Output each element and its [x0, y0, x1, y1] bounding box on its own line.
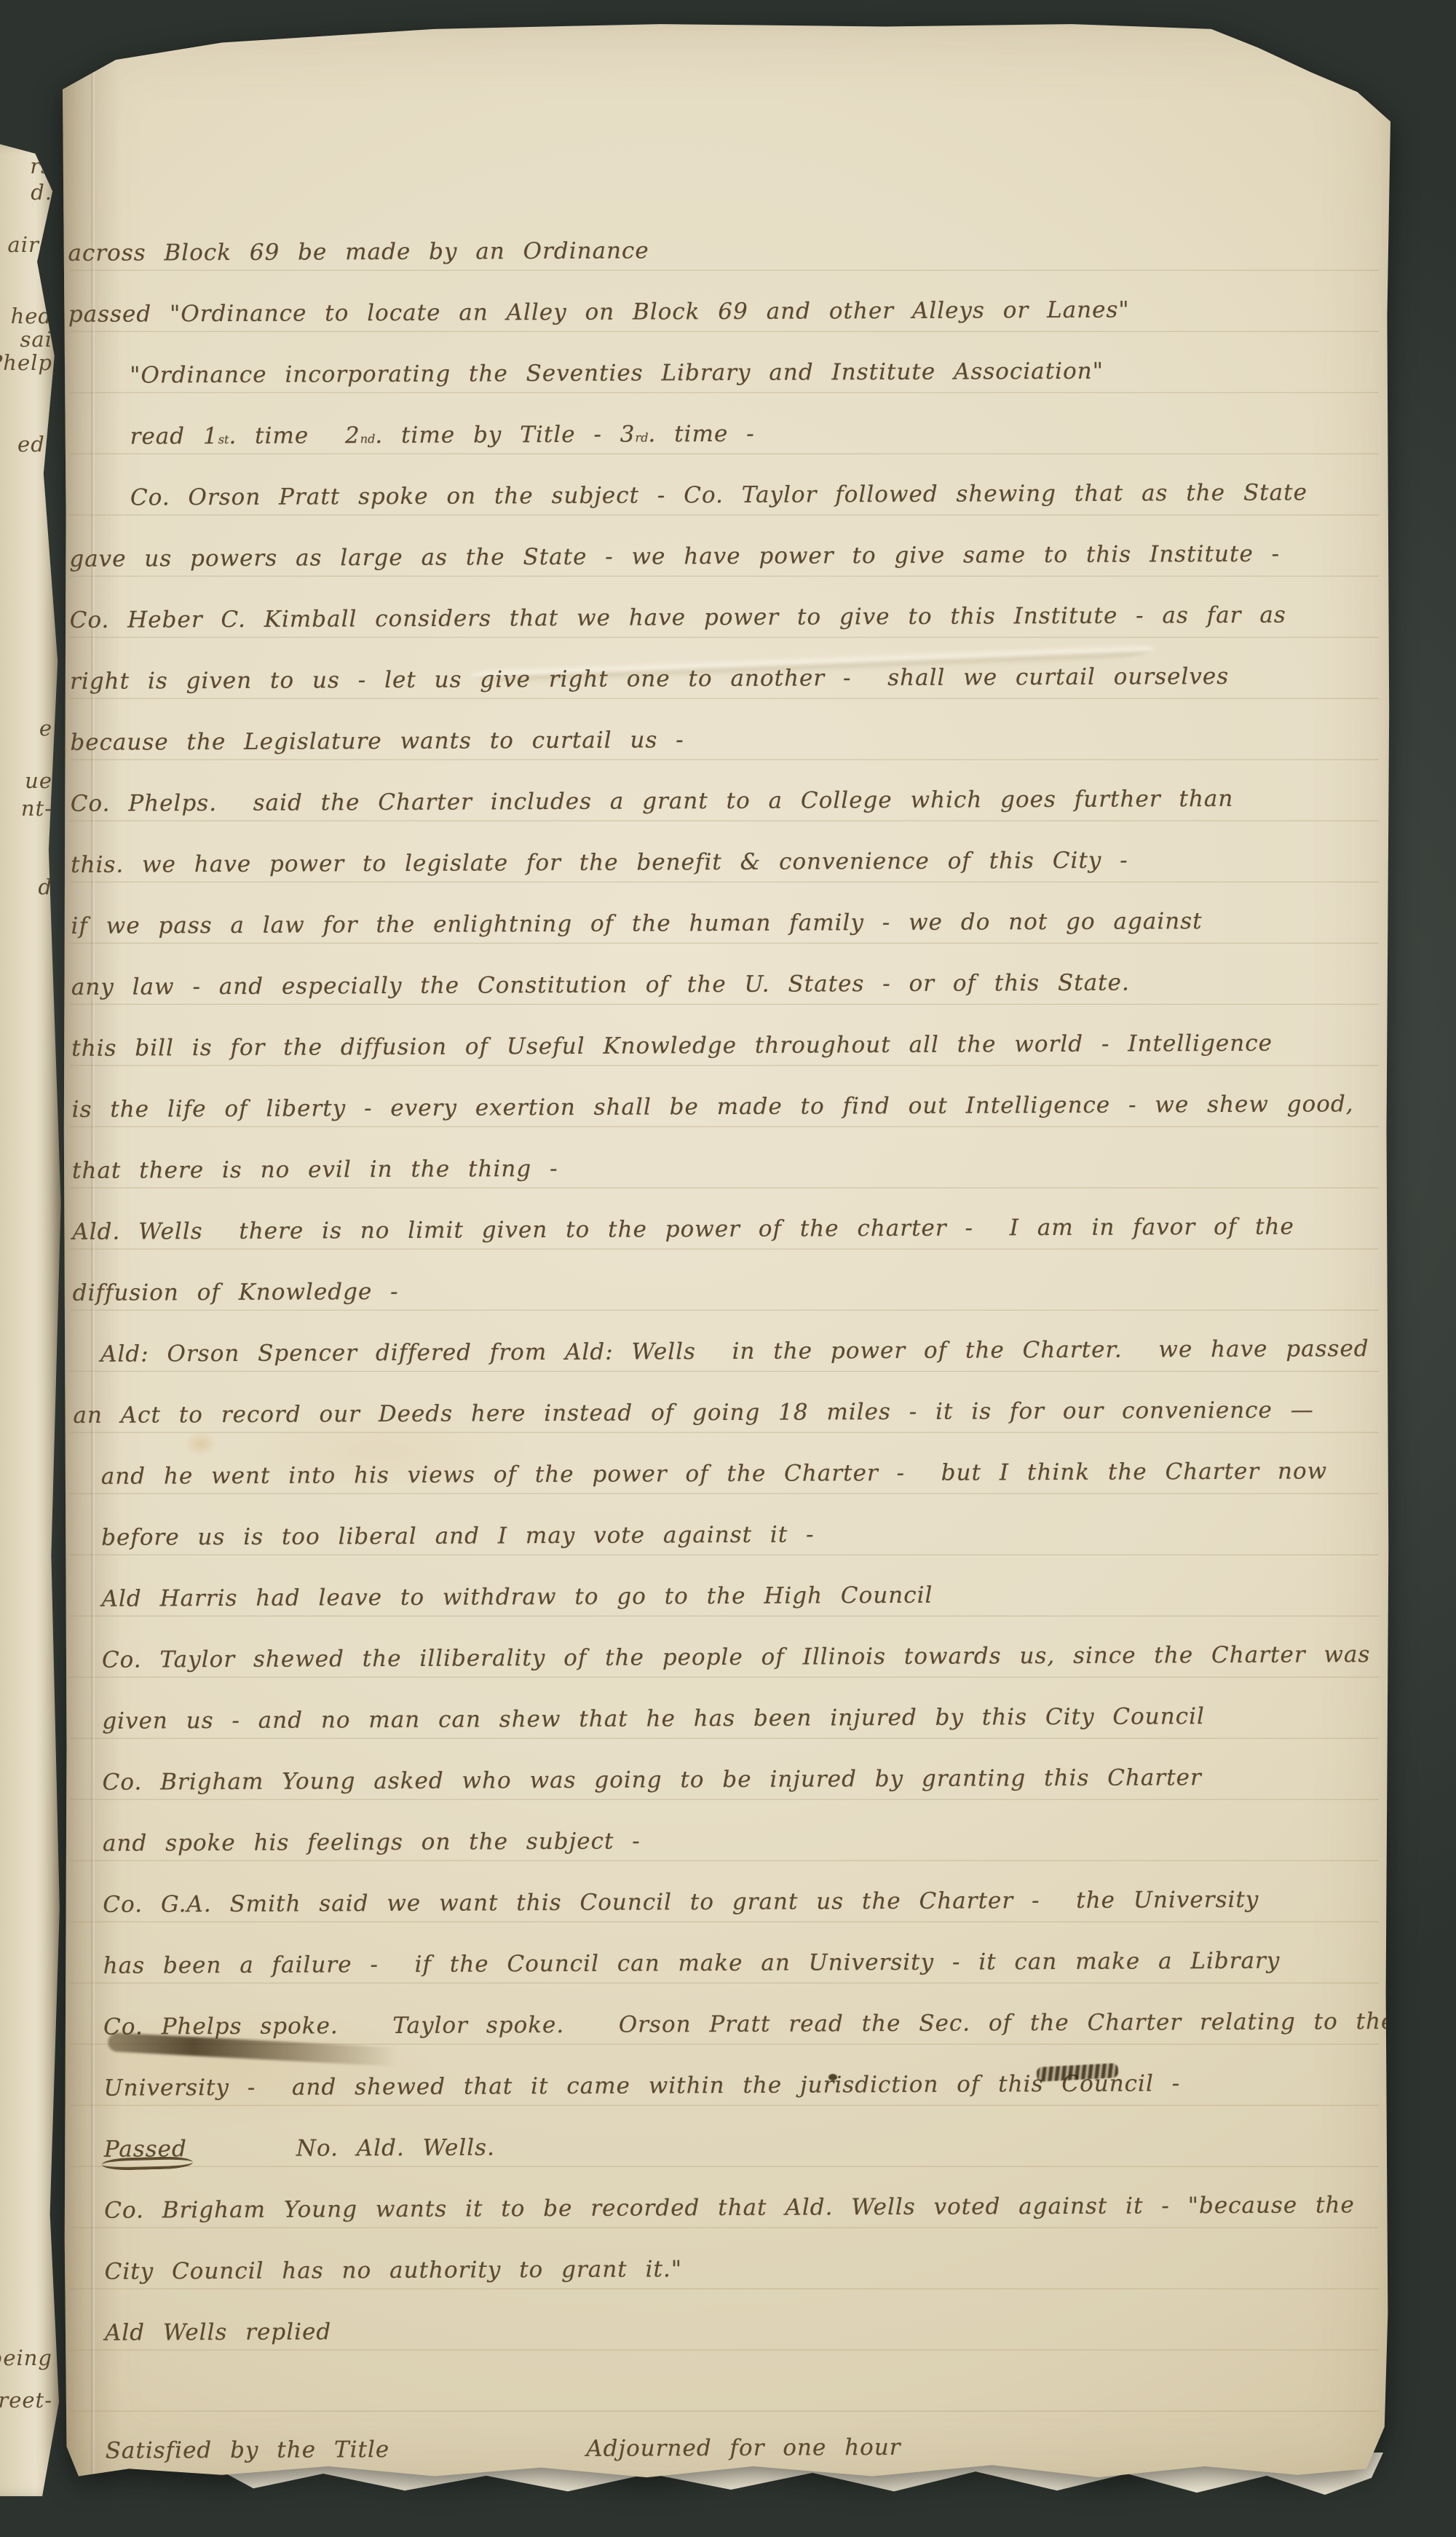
manuscript-line: read 1st. time 2nd. time by Title - 3rd.… — [130, 392, 1366, 458]
margin-fragment: Phelp — [0, 352, 52, 374]
manuscript-line: before us is too liberal and I may vote … — [101, 1493, 1371, 1560]
margin-fragment: hed — [11, 306, 52, 327]
manuscript-text-block: across Block 69 be made by an Ordinancep… — [68, 208, 1375, 2473]
footer-right-text: Adjourned for one hour — [586, 2437, 901, 2461]
manuscript-line: has been a failure - if the Council can … — [103, 1921, 1373, 1988]
manuscript-line: any law - and especially the Constitutio… — [71, 942, 1369, 1009]
manuscript-line: right is given to us - let us give right… — [70, 636, 1367, 703]
manuscript-line: Ald Wells replied — [105, 2288, 1374, 2355]
manuscript-line: "Ordinance incorporating the Seventies L… — [130, 331, 1366, 397]
manuscript-line: Co. Brigham Young asked who was going to… — [102, 1737, 1372, 1804]
manuscript-line: Satisfied by the TitleAdjourned for one … — [105, 2406, 1374, 2473]
margin-fragment: ed. — [17, 434, 52, 455]
manuscript-line: and spoke his feelings on the subject - — [103, 1799, 1372, 1866]
manuscript-line: Co. Orson Pratt spoke on the subject - C… — [130, 453, 1366, 519]
manuscript-line: across Block 69 be made by an Ordinance — [68, 208, 1365, 275]
manuscript-line: this. we have power to legislate for the… — [71, 820, 1368, 887]
manuscript-line: passed "Ordinance to locate an Alley on … — [68, 269, 1366, 336]
manuscript-line: Co. Phelps spoke. Taylor spoke. Orson Pr… — [103, 1982, 1373, 2049]
margin-fragment: ue — [25, 770, 52, 792]
margin-fragment: Street- — [0, 2390, 52, 2411]
manuscript-line: and he went into his views of the power … — [101, 1432, 1371, 1499]
manuscript-line: Ald: Orson Spencer differed from Ald: We… — [100, 1309, 1370, 1376]
margin-fragment: rs — [30, 156, 52, 177]
manuscript-line: is the life of liberty - every exertion … — [71, 1065, 1369, 1132]
margin-fragment: nt- — [21, 798, 52, 819]
binding-edge-previous-page: rsd.airehedsaiPhelped.euent-de beingStre… — [0, 144, 64, 2496]
underlined-word: Passed — [104, 2138, 187, 2161]
page-number: 53 — [1288, 39, 1324, 67]
manuscript-page-wrap: 53 across Block 69 be made by an Ordinan… — [63, 20, 1390, 2486]
photograph-background: { "document": { "page_number": "53", "li… — [0, 0, 1456, 2537]
manuscript-line: an Act to record our Deeds here instead … — [73, 1370, 1370, 1437]
ink-dot — [828, 2074, 837, 2080]
manuscript-line: Co. Taylor shewed the illiberality of th… — [102, 1615, 1372, 1682]
margin-fragment: e — [39, 718, 52, 739]
manuscript-line: City Council has no authority to grant i… — [104, 2227, 1374, 2294]
manuscript-line: Co. Phelps. said the Charter includes a … — [71, 759, 1368, 826]
manuscript-line: if we pass a law for the enlightning of … — [71, 881, 1368, 948]
margin-fragment: aire — [7, 234, 52, 256]
margin-fragment: e being — [0, 2348, 52, 2369]
manuscript-line: Co. G.A. Smith said we want this Council… — [103, 1860, 1372, 1927]
manuscript-line: because the Legislature wants to curtail… — [70, 698, 1367, 765]
manuscript-line: PassedNo. Ald. Wells. — [104, 2104, 1374, 2171]
manuscript-line: given us - and no man can shew that he h… — [102, 1676, 1372, 1743]
manuscript-line: gave us powers as large as the State - w… — [69, 514, 1366, 581]
margin-fragment: d. — [31, 182, 52, 203]
margin-fragment: sai — [20, 329, 52, 350]
manuscript-line: Ald. Wells there is no limit given to th… — [72, 1187, 1369, 1254]
margin-fragment: d — [38, 877, 52, 898]
manuscript-page: 53 across Block 69 be made by an Ordinan… — [63, 20, 1390, 2486]
manuscript-line: this bill is for the diffusion of Useful… — [71, 1003, 1369, 1070]
manuscript-line: diffusion of Knowledge - — [72, 1248, 1369, 1315]
manuscript-line: that there is no evil in the thing - — [72, 1126, 1369, 1193]
manuscript-line: Co. Heber C. Kimball considers that we h… — [69, 575, 1366, 642]
footer-left-text: Satisfied by the Title — [106, 2439, 390, 2463]
line-text: No. Ald. Wells. — [296, 2136, 495, 2160]
manuscript-line: Co. Brigham Young wants it to be recorde… — [104, 2166, 1374, 2233]
manuscript-line: Ald Harris had leave to withdraw to go t… — [101, 1554, 1371, 1621]
